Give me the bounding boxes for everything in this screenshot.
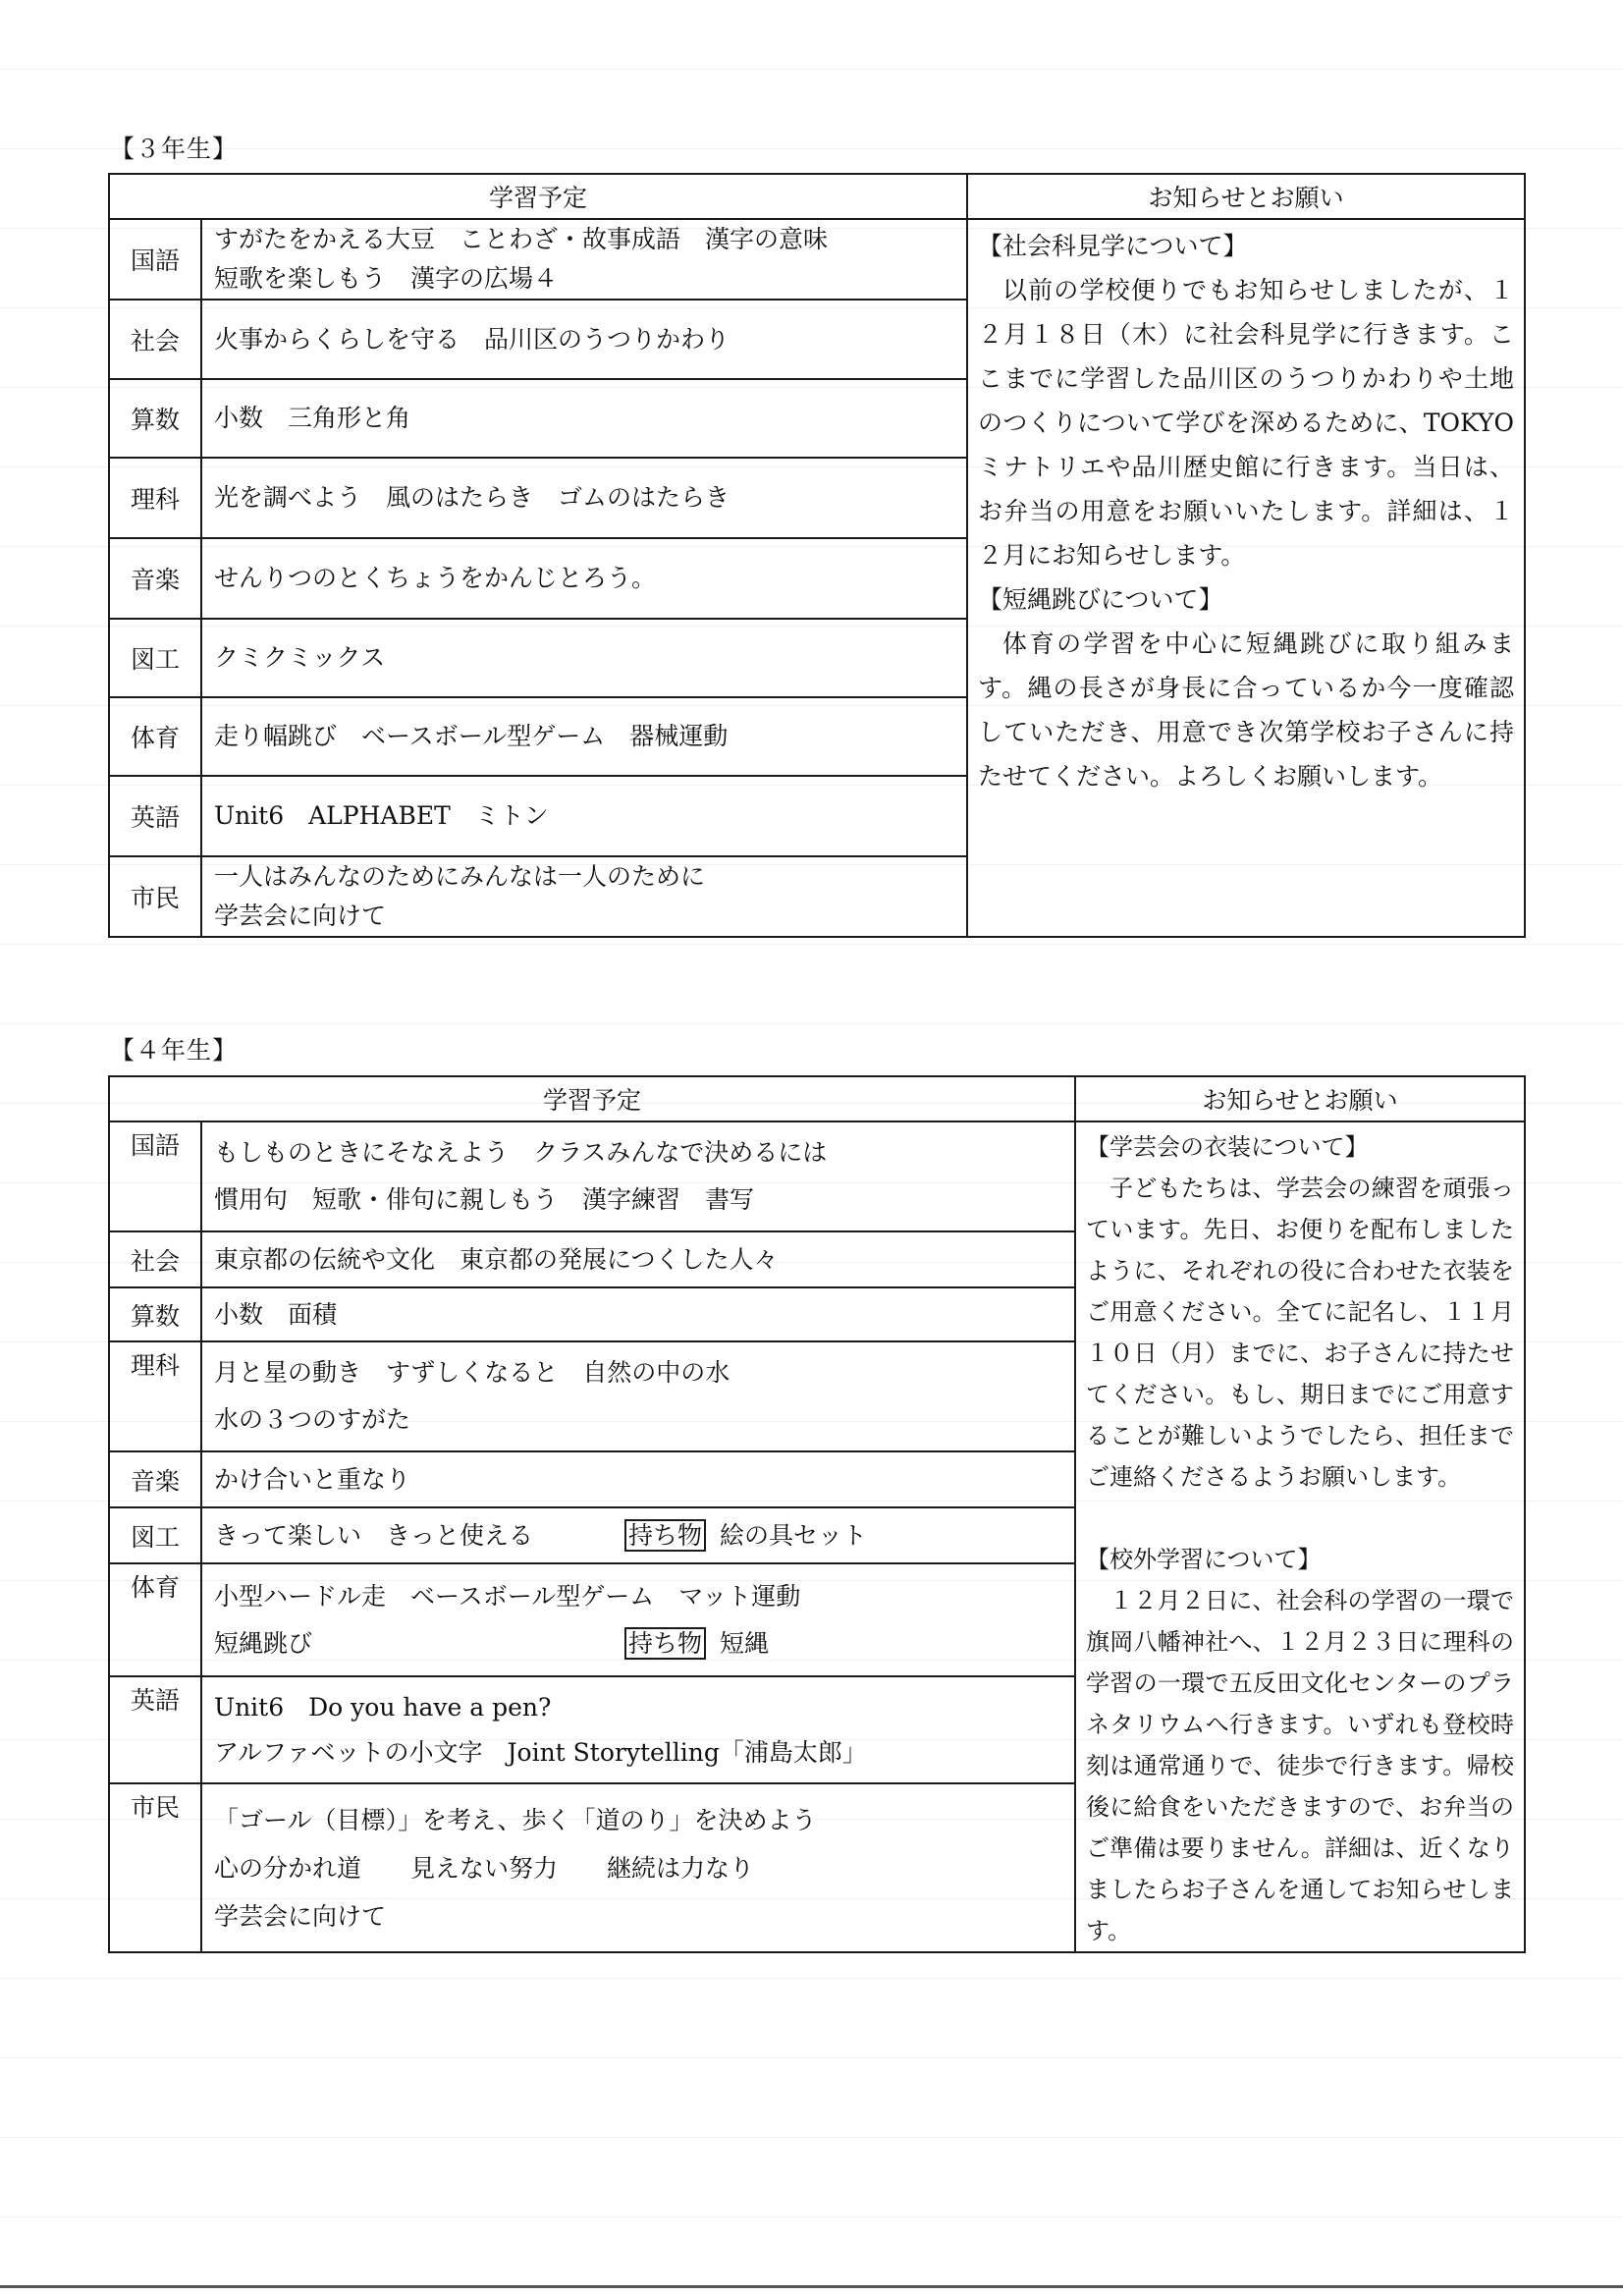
bring-items-label: 持ち物 xyxy=(624,1519,706,1552)
notice-title: 【社会科見学について】 xyxy=(978,224,1514,268)
grade3-schedule-header: 学習予定 xyxy=(109,174,967,219)
bring-item: 絵の具セット xyxy=(720,1521,867,1550)
subject-label: 音楽 xyxy=(109,538,201,619)
subject-content: もしものときにそなえよう クラスみんなで決めるには 慣用句 短歌・俳句に親しもう… xyxy=(201,1121,1075,1231)
subject-content: 月と星の動き すずしくなると 自然の中の水 水の３つのすがた xyxy=(201,1341,1075,1451)
grade3-row-japanese: 国語 すがたをかえる大豆 ことわざ・故事成語 漢字の意味 短歌を楽しもう 漢字の… xyxy=(109,219,1525,300)
grade4-notices: 【学芸会の衣装について】 子どもたちは、学芸会の練習を頑張っています。先日、お便… xyxy=(1075,1121,1525,1952)
page-bottom-edge xyxy=(0,2285,1623,2288)
subject-content: 小数 面積 xyxy=(201,1287,1075,1341)
subject-content: 光を調べよう 風のはたらき ゴムのはたらき xyxy=(201,458,967,538)
grade3-table: 学習予定 お知らせとお願い 国語 すがたをかえる大豆 ことわざ・故事成語 漢字の… xyxy=(108,173,1526,938)
subject-content: クミクミックス xyxy=(201,619,967,697)
subject-label: 理科 xyxy=(109,458,201,538)
subject-label: 体育 xyxy=(109,697,201,776)
bring-item: 短縄 xyxy=(720,1629,769,1658)
subject-content: 小数 三角形と角 xyxy=(201,379,967,458)
subject-label: 国語 xyxy=(109,1121,201,1231)
notice-title: 【学芸会の衣装について】 xyxy=(1086,1126,1514,1168)
subject-label: 図工 xyxy=(109,619,201,697)
grade4-table: 学習予定 お知らせとお願い 国語 もしものときにそなえよう クラスみんなで決める… xyxy=(108,1075,1526,1953)
subject-label: 社会 xyxy=(109,1231,201,1287)
subject-label: 英語 xyxy=(109,776,201,856)
notice-body: 子どもたちは、学芸会の練習を頑張っています。先日、お便りを配布しましたように、そ… xyxy=(1086,1168,1514,1498)
subject-label: 音楽 xyxy=(109,1451,201,1507)
subject-label: 理科 xyxy=(109,1341,201,1451)
subject-label: 体育 xyxy=(109,1563,201,1675)
subject-content: 東京都の伝統や文化 東京都の発展につくした人々 xyxy=(201,1231,1075,1287)
subject-label: 社会 xyxy=(109,300,201,379)
grade4-schedule-header: 学習予定 xyxy=(109,1076,1075,1121)
bring-items-label: 持ち物 xyxy=(624,1627,706,1660)
grade3-notes-header: お知らせとお願い xyxy=(967,174,1525,219)
subject-content: きって楽しい きっと使える持ち物絵の具セット xyxy=(201,1507,1075,1563)
grade4-row-japanese: 国語 もしものときにそなえよう クラスみんなで決めるには 慣用句 短歌・俳句に親… xyxy=(109,1121,1525,1231)
subject-content: せんりつのとくちょうをかんじとろう。 xyxy=(201,538,967,619)
subject-label: 市民 xyxy=(109,1783,201,1952)
grade3-notices: 【社会科見学について】 以前の学校便りでもお知らせしましたが、１２月１８日（木）… xyxy=(967,219,1525,937)
subject-label: 算数 xyxy=(109,1287,201,1341)
subject-label: 国語 xyxy=(109,219,201,300)
subject-content: かけ合いと重なり xyxy=(201,1451,1075,1507)
subject-content: 火事からくらしを守る 品川区のうつりかわり xyxy=(201,300,967,379)
subject-label: 英語 xyxy=(109,1676,201,1784)
notice-body: １２月２日に、社会科の学習の一環で旗岡八幡神社へ、１２月２３日に理科の学習の一環… xyxy=(1086,1580,1514,1951)
notice-title: 【校外学習について】 xyxy=(1086,1539,1514,1580)
subject-content: すがたをかえる大豆 ことわざ・故事成語 漢字の意味 短歌を楽しもう 漢字の広場４ xyxy=(201,219,967,300)
grade4-notes-header: お知らせとお願い xyxy=(1075,1076,1525,1121)
notice-title: 【短縄跳びについて】 xyxy=(978,577,1514,622)
subject-label: 算数 xyxy=(109,379,201,458)
subject-label: 図工 xyxy=(109,1507,201,1563)
subject-content: 一人はみんなのためにみんなは一人のために 学芸会に向けて xyxy=(201,856,967,937)
subject-content: Unit6 Do you have a pen? アルファベットの小文字 Joi… xyxy=(201,1676,1075,1784)
subject-content: 走り幅跳び ベースボール型ゲーム 器械運動 xyxy=(201,697,967,776)
subject-content: 小型ハードル走 ベースボール型ゲーム マット運動 短縄跳び持ち物短縄 xyxy=(201,1563,1075,1675)
subject-content: 「ゴール（目標）」を考え、歩く「道のり」を決めよう 心の分かれ道 見えない努力 … xyxy=(201,1783,1075,1952)
subject-label: 市民 xyxy=(109,856,201,937)
subject-content: Unit6 ALPHABET ミトン xyxy=(201,776,967,856)
notice-body: 体育の学習を中心に短縄跳びに取り組みます。縄の長さが身長に合っているか今一度確認… xyxy=(978,622,1514,798)
notice-body: 以前の学校便りでもお知らせしましたが、１２月１８日（木）に社会科見学に行きます。… xyxy=(978,268,1514,577)
grade4-heading: 【４年生】 xyxy=(110,1031,238,1066)
grade3-heading: 【３年生】 xyxy=(110,130,238,165)
